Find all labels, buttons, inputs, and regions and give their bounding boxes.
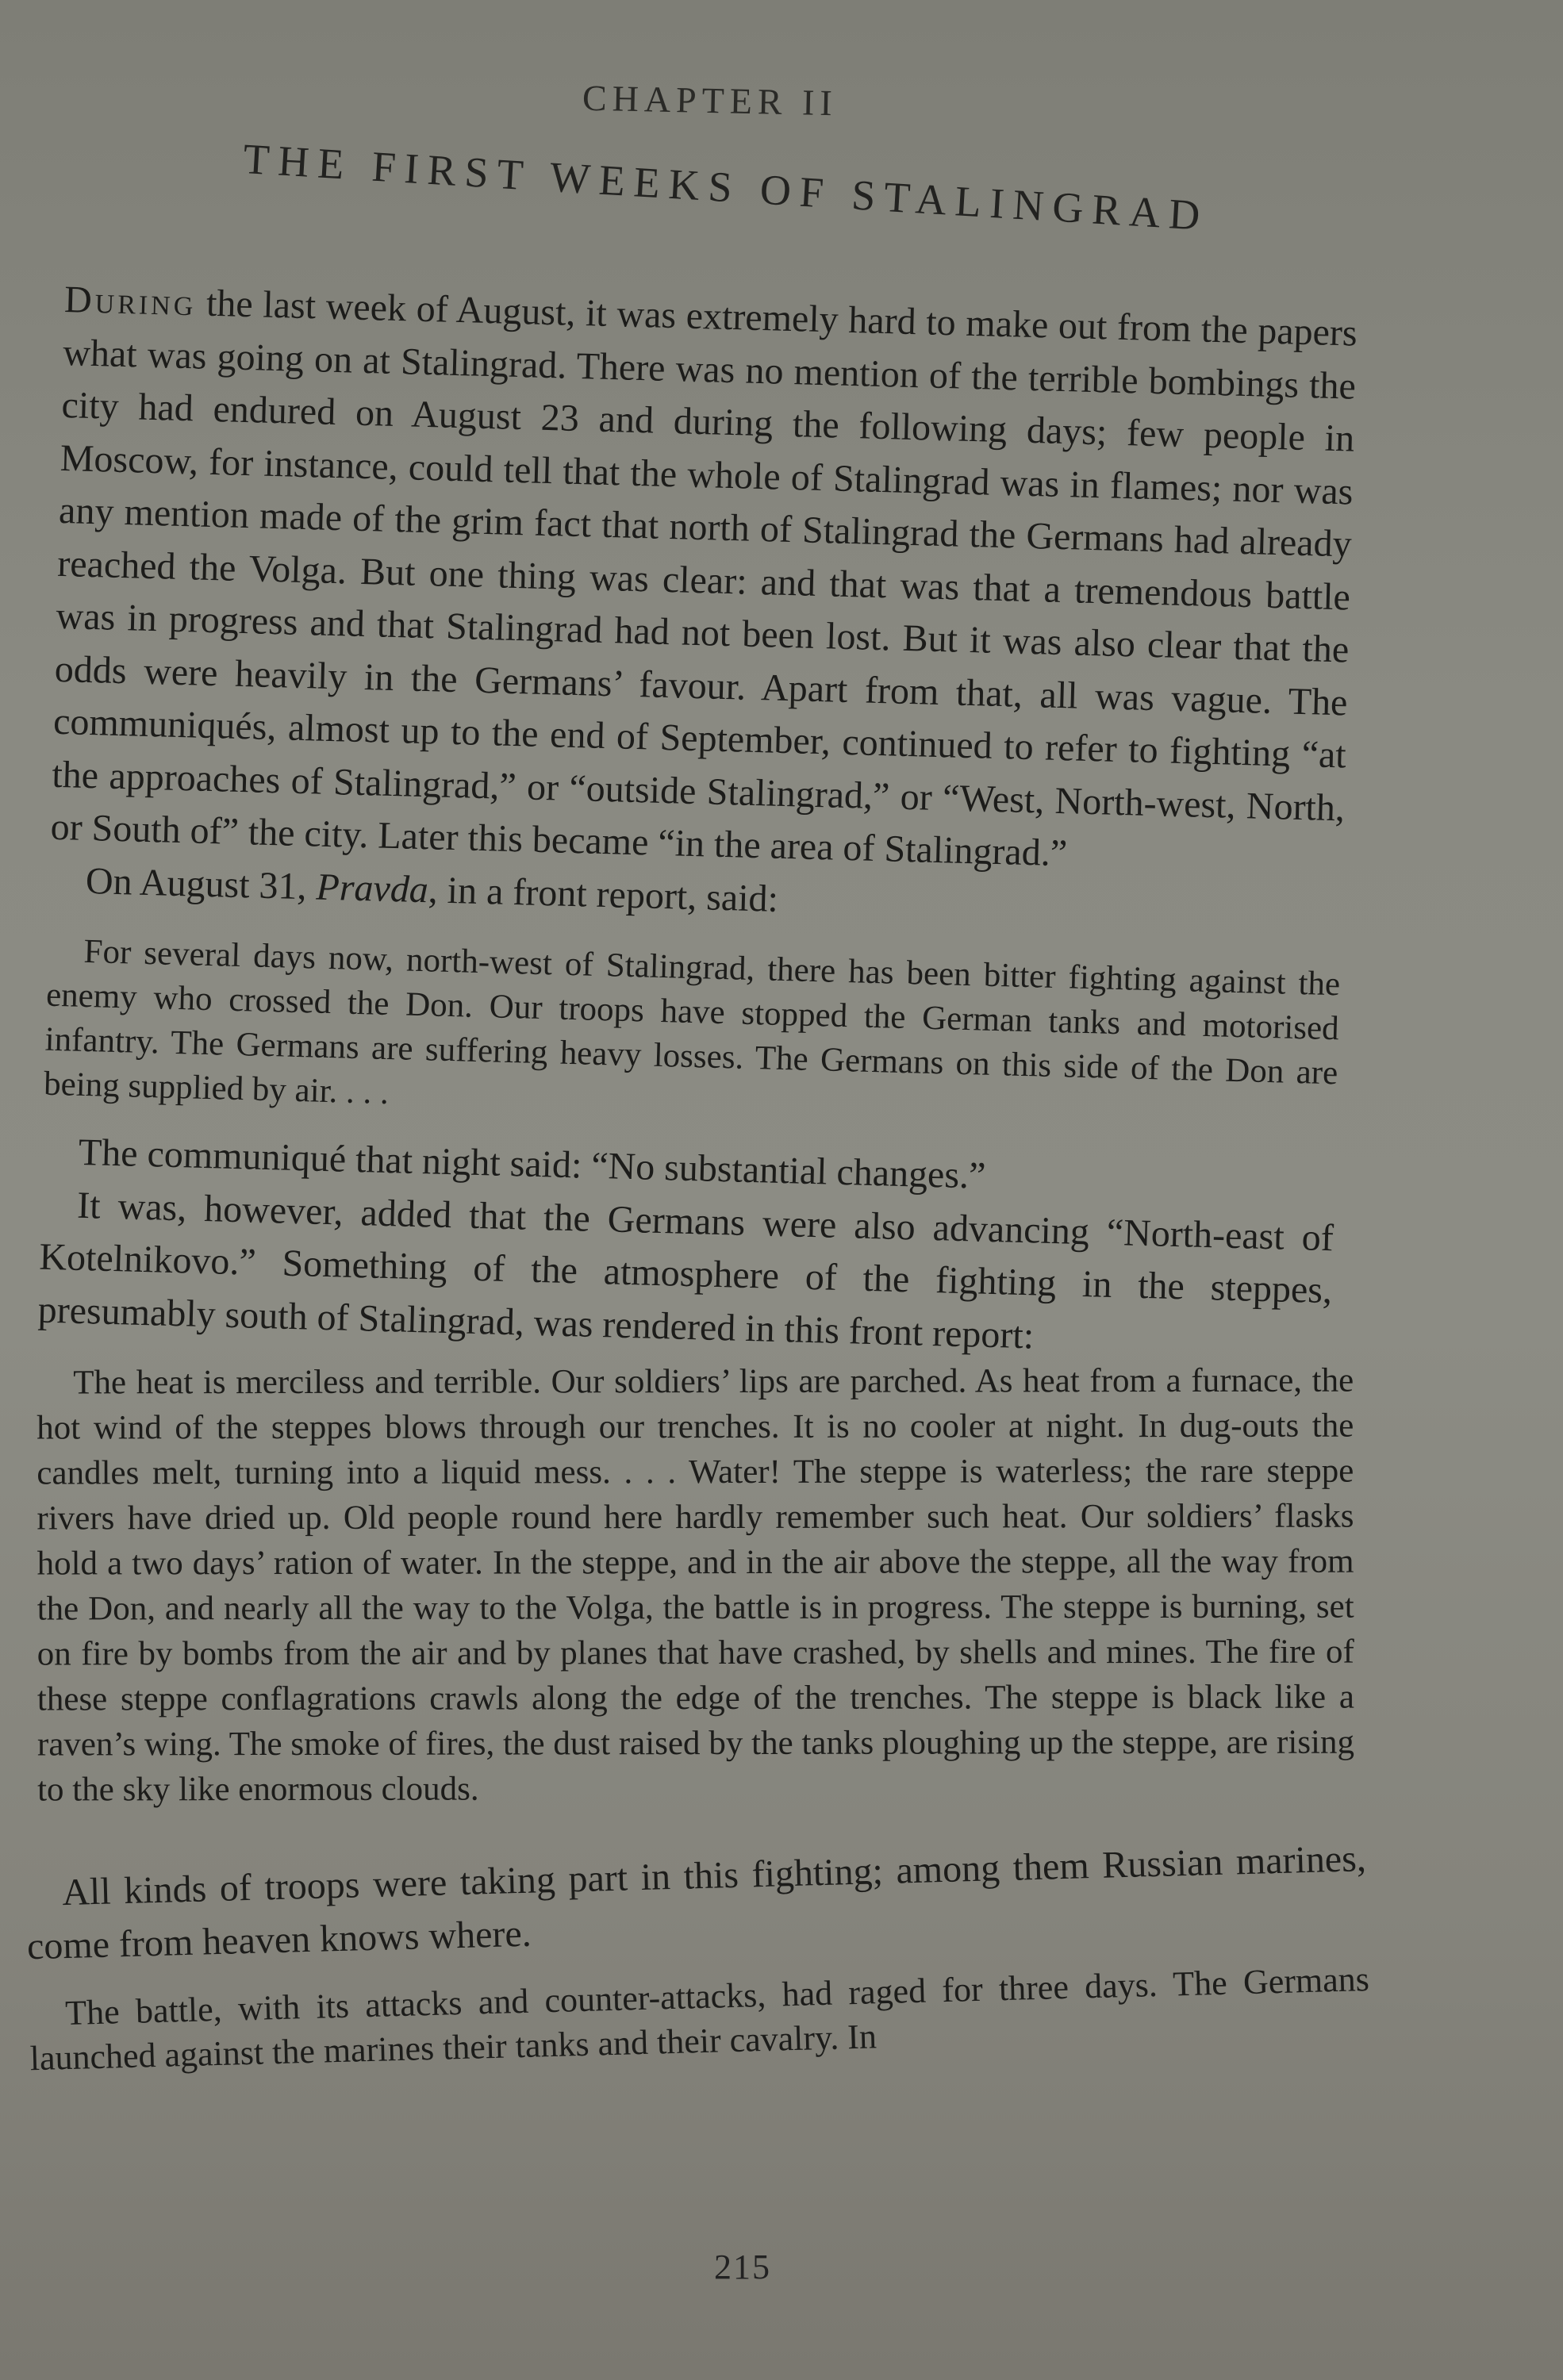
block-quote-steppe-report: The heat is merciless and terrible. Our …	[36, 1358, 1354, 1813]
publication-name: Pravda	[316, 866, 429, 911]
opening-paragraph-text: the last week of August, it was extremel…	[50, 282, 1358, 874]
chapter-title: THE FIRST WEEKS OF STALINGRAD	[32, 121, 1421, 253]
chapter-body: During the last week of August, it was e…	[18, 274, 1358, 2083]
page-number: 215	[714, 2247, 771, 2287]
opening-word: During	[63, 278, 197, 324]
paragraph-opening: During the last week of August, it was e…	[50, 274, 1358, 888]
chapter-label: CHAPTER II	[582, 77, 839, 125]
closing-paragraphs: All kinds of troops were taking part in …	[25, 1833, 1370, 2081]
book-page: CHAPTER II THE FIRST WEEKS OF STALINGRAD…	[0, 0, 1563, 2380]
pravda-intro-text: On August 31,	[85, 859, 317, 908]
paragraph-battle: The battle, with its attacks and counter…	[29, 1957, 1371, 2081]
chapter-header: CHAPTER II THE FIRST WEEKS OF STALINGRAD	[0, 79, 1388, 212]
pravda-intro-tail: , in a front report, said:	[428, 869, 778, 920]
paragraph-marines: All kinds of troops were taking part in …	[25, 1833, 1368, 1973]
block-quote-pravda: For several days now, north-west of Stal…	[44, 929, 1341, 1141]
paragraph-kotelnikovo: It was, however, added that the Germans …	[37, 1178, 1335, 1370]
